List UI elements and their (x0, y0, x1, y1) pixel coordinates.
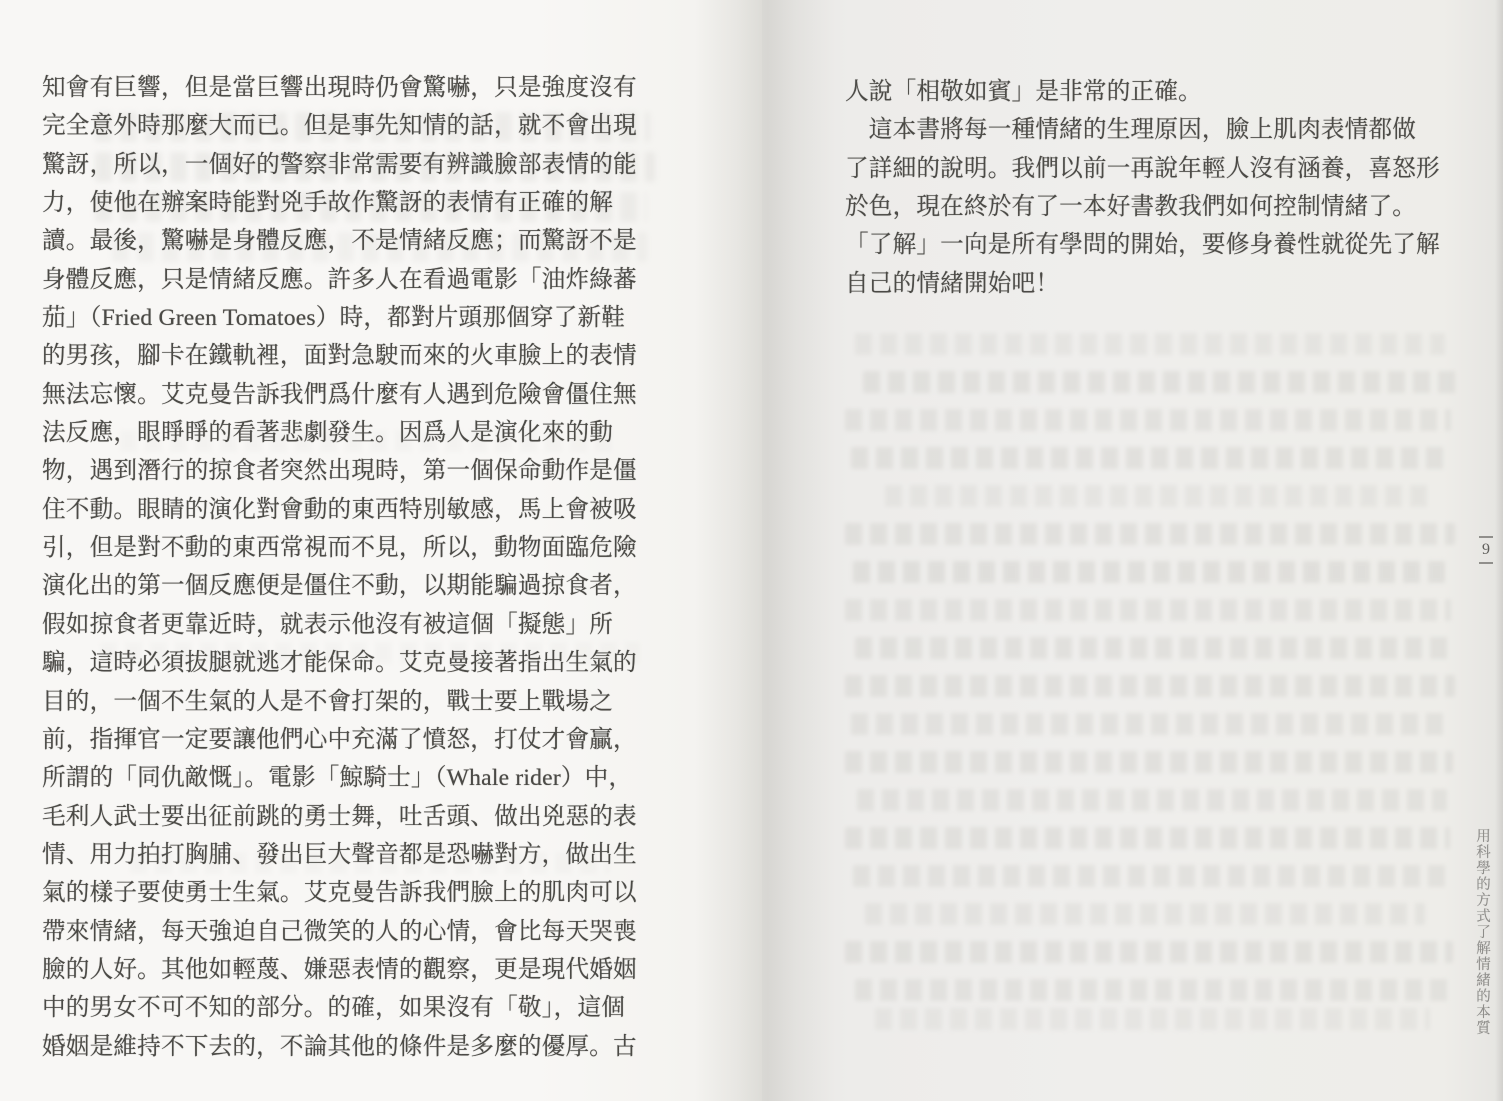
book-spread: 知會有巨響，但是當巨響出現時仍會驚嚇，只是強度沒有完全意外時那麼大而已。但是事先… (0, 0, 1503, 1101)
text-line: 毛利人武士要出征前跳的勇士舞，吐舌頭、做出兇惡的表 (42, 798, 682, 836)
text-line: 讀。最後，驚嚇是身體反應，不是情緒反應；而驚訝不是 (42, 222, 682, 260)
text-line: 住不動。眼睛的演化對會動的東西特別敏感，馬上會被吸 (42, 491, 682, 529)
text-line: 情、用力拍打胸脯、發出巨大聲音都是恐嚇對方，做出生 (42, 836, 682, 874)
text-line: 臉的人好。其他如輕蔑、嫌惡表情的觀察，更是現代婚姻 (42, 951, 682, 989)
page-number-dash-top (1479, 536, 1493, 538)
text-line: 引，但是對不動的東西常視而不見，所以，動物面臨危險 (42, 529, 682, 567)
text-line: 無法忘懷。艾克曼告訴我們爲什麼有人遇到危險會僵住無 (42, 376, 682, 414)
page-number-dash-bottom (1479, 562, 1493, 564)
text-line: 帶來情緒，每天強迫自己微笑的人的心情，會比每天哭喪 (42, 913, 682, 951)
text-line: 婚姻是維持不下去的，不論其他的條件是多麼的優厚。古 (42, 1028, 682, 1066)
text-line: 於色，現在終於有了一本好書教我們如何控制情緒了。 (845, 188, 1485, 226)
text-line: 演化出的第一個反應便是僵住不動，以期能騙過掠食者， (42, 567, 682, 605)
text-line: 「了解」一向是所有學問的開始，要修身養性就從先了解 (845, 226, 1485, 264)
text-line: 這本書將每一種情緒的生理原因，臉上肌肉表情都做 (845, 111, 1485, 149)
text-line: 知會有巨響，但是當巨響出現時仍會驚嚇，只是強度沒有 (42, 69, 682, 107)
text-line: 假如掠食者更靠近時，就表示他沒有被這個「擬態」所 (42, 606, 682, 644)
text-line: 人說「相敬如賓」是非常的正確。 (845, 73, 1485, 111)
left-page-text: 知會有巨響，但是當巨響出現時仍會驚嚇，只是強度沒有完全意外時那麼大而已。但是事先… (42, 69, 682, 1066)
text-line: 所謂的「同仇敵慨」。電影「鯨騎士」（Whale rider）中， (42, 759, 682, 797)
text-line: 的男孩，腳卡在鐵軌裡，面對急駛而來的火車臉上的表情 (42, 337, 682, 375)
text-line: 目的，一個不生氣的人是不會打架的，戰士要上戰場之 (42, 683, 682, 721)
text-line: 前，指揮官一定要讓他們心中充滿了憤怒，打仗才會贏， (42, 721, 682, 759)
running-title: 用科學的方式了解情緒的本質 (1472, 828, 1493, 1088)
text-line: 茄」（Fried Green Tomatoes）時，都對片頭那個穿了新鞋 (42, 299, 682, 337)
text-line: 騙，這時必須拔腿就逃才能保命。艾克曼接著指出生氣的 (42, 644, 682, 682)
text-line: 了詳細的說明。我們以前一再說年輕人沒有涵養，喜怒形 (845, 150, 1485, 188)
text-line: 法反應，眼睜睜的看著悲劇發生。因爲人是演化來的動 (42, 414, 682, 452)
page-number-value: 9 (1476, 538, 1496, 562)
text-line: 完全意外時那麼大而已。但是事先知情的話，就不會出現 (42, 107, 682, 145)
right-page-text: 人說「相敬如賓」是非常的正確。 這本書將每一種情緒的生理原因，臉上肌肉表情都做了… (845, 73, 1485, 303)
text-line: 身體反應，只是情緒反應。許多人在看過電影「油炸綠蕃 (42, 261, 682, 299)
text-line: 驚訝，所以，一個好的警察非常需要有辨識臉部表情的能 (42, 146, 682, 184)
text-line: 自己的情緒開始吧！ (845, 265, 1485, 303)
text-line: 物，遇到潛行的掠食者突然出現時，第一個保命動作是僵 (42, 452, 682, 490)
text-line: 氣的樣子要使勇士生氣。艾克曼告訴我們臉上的肌肉可以 (42, 874, 682, 912)
text-line: 力，使他在辦案時能對兇手故作驚訝的表情有正確的解 (42, 184, 682, 222)
page-number: 9 (1476, 536, 1496, 564)
text-line: 中的男女不可不知的部分。的確，如果沒有「敬」，這個 (42, 989, 682, 1027)
